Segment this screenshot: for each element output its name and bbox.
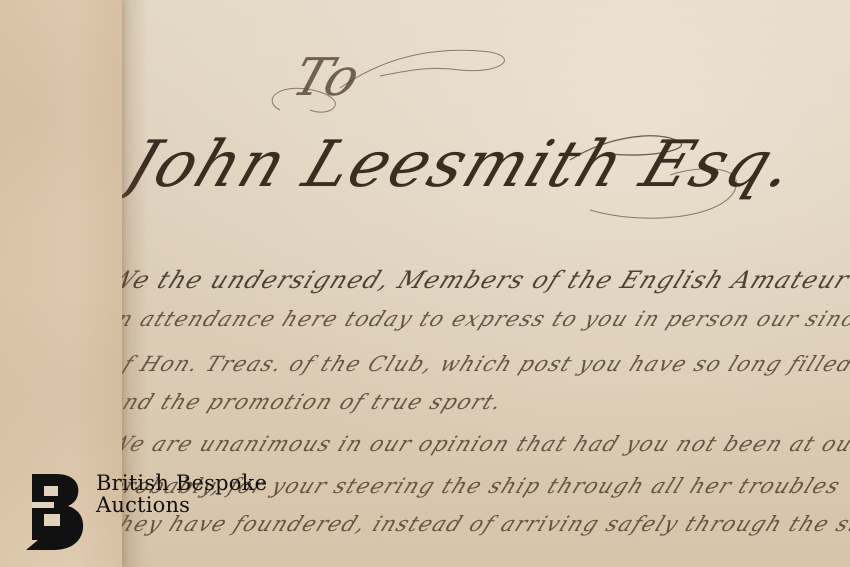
watermark-text: British Bespoke Auctions [96, 472, 267, 516]
document-photo: To John Leesmith Esq. We the undersigned… [0, 0, 850, 567]
watermark-line-2: Auctions [96, 494, 267, 516]
letter-line-1: We the undersigned, Members of the Engli… [104, 266, 850, 294]
letter-line-4: and the promotion of true sport. [105, 390, 507, 414]
letter-line-5: We are unanimous in our opinion that had… [105, 432, 850, 456]
b-monogram-logo-icon [24, 470, 86, 550]
recipient-name: John Leesmith Esq. [117, 128, 807, 202]
letter-line-3: of Hon. Treas. of the Club, which post y… [105, 352, 850, 376]
letter-line-2: in attendance here today to express to y… [105, 307, 850, 331]
watermark-logo: British Bespoke Auctions [24, 470, 267, 550]
watermark-line-1: British Bespoke [96, 472, 267, 494]
salutation-to: To [285, 48, 367, 108]
